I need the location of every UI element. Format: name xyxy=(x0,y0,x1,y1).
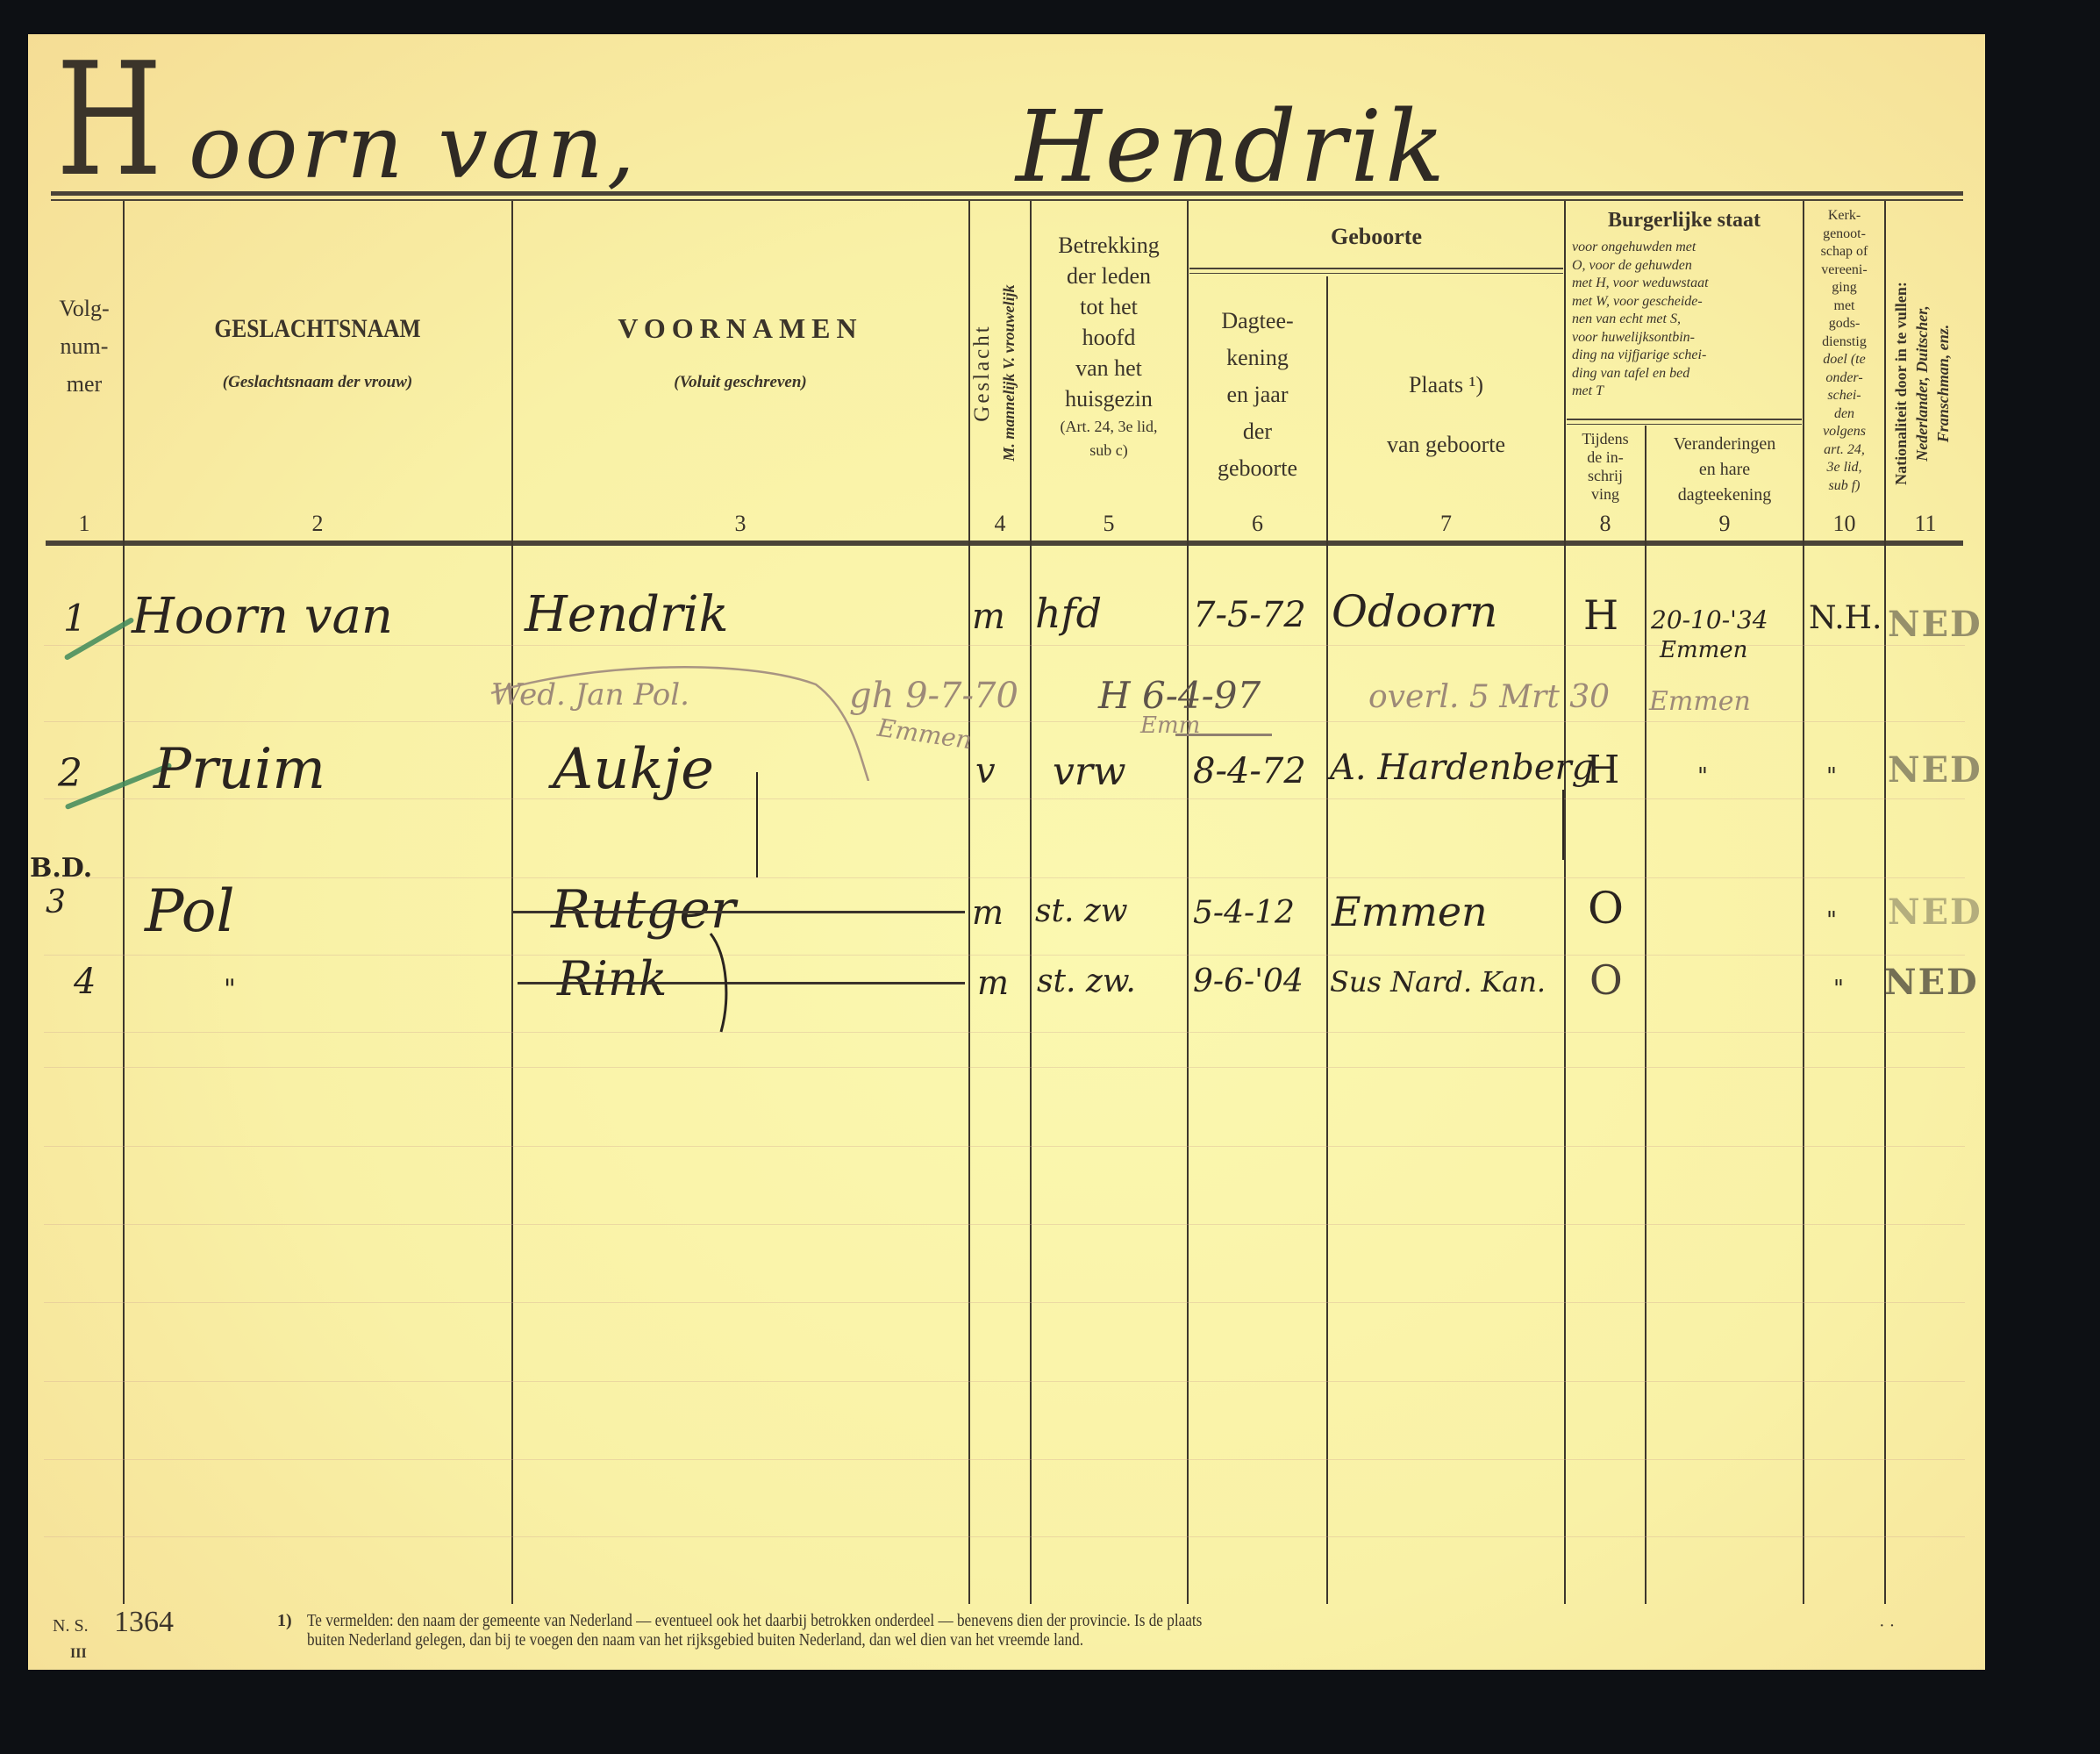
header-geslachtsnaam-subtitle: (Geslachtsnaam der vrouw) xyxy=(125,373,511,392)
geboorte-rule xyxy=(1189,268,1563,269)
header-betrekking: Betrekking der leden tot het hoofd van h… xyxy=(1032,230,1186,461)
footnote-line: buiten Nederland gelegen, dan bij te voe… xyxy=(307,1630,1202,1650)
ruling-line xyxy=(44,1459,1965,1460)
pencil-underline xyxy=(1175,734,1272,736)
row1-betrekking: hfd xyxy=(1035,590,1102,637)
row3-betrekking: st. zw xyxy=(1035,893,1128,929)
ruling-line xyxy=(44,721,1965,722)
row2-geboorteplaats: A. Hardenberg xyxy=(1330,748,1594,788)
header-line: den xyxy=(1804,405,1884,424)
row4-betrekking: st. zw. xyxy=(1037,963,1136,999)
header-line: volgens xyxy=(1804,423,1884,441)
row3-strikethrough xyxy=(513,911,965,913)
pencil-overl-plaats: Emmen xyxy=(1649,686,1751,717)
row3-kerkgenootschap-ditto: " xyxy=(1826,907,1837,934)
header-line: Nationaliteit door in te vullen: xyxy=(1890,239,1911,528)
row2-kerkgenootschap-ditto: " xyxy=(1826,763,1837,790)
ruling-line xyxy=(44,955,1965,956)
header-line: schei- xyxy=(1804,387,1884,405)
header-dagteekening: Dagtee- kening en jaar der geboorte xyxy=(1189,303,1326,487)
title-given-name: Hendrik xyxy=(1016,98,1448,197)
aukje-descender-stroke xyxy=(756,772,758,877)
row3-geboorteplaats: Emmen xyxy=(1332,888,1488,935)
header-tijdens-inschrijving: Tijdens de in- schrij ving xyxy=(1566,430,1645,504)
pencil-huwelijk: H 6-4-97 xyxy=(1098,674,1261,717)
header-line: 3e lid, xyxy=(1804,459,1884,477)
row1-geslacht: m xyxy=(972,597,1005,637)
column-number: 2 xyxy=(125,511,511,537)
header-line: Franschman, enz. xyxy=(1932,239,1954,528)
row2-nationaliteit-stamp: NED xyxy=(1888,749,1982,791)
header-line: hoofd xyxy=(1032,322,1186,353)
header-line: mer xyxy=(46,365,123,403)
description-line: voor ongehuwden met xyxy=(1572,239,1798,257)
row2-geboortedatum: 8-4-72 xyxy=(1193,751,1306,791)
header-line: van het xyxy=(1032,353,1186,383)
row3-nationaliteit-stamp: NED xyxy=(1888,891,1982,933)
header-line: de in- xyxy=(1566,448,1645,467)
row2-volgnummer: 2 xyxy=(58,751,82,796)
footnote: Te vermelden: den naam der gemeente van … xyxy=(307,1611,1202,1650)
header-line: Nederlander, Duitscher, xyxy=(1911,239,1932,528)
header-geslacht-title: Geslacht xyxy=(969,250,996,496)
row1-geboortedatum: 7-5-72 xyxy=(1193,595,1306,635)
header-line: kening xyxy=(1189,340,1326,376)
row1-geslachtsnaam: Hoorn van xyxy=(132,588,393,645)
ruling-line xyxy=(44,1381,1965,1382)
column-number: 5 xyxy=(1032,511,1186,537)
col-divider-8 xyxy=(1645,426,1646,1604)
row4-geslachtsnaam-ditto: " xyxy=(224,974,236,1005)
header-line: ging xyxy=(1804,279,1884,297)
description-line: voor huwelijksontbin- xyxy=(1572,329,1798,347)
row3-geboortedatum: 5-4-12 xyxy=(1193,895,1295,931)
form-series: III xyxy=(70,1646,87,1662)
col-divider-10 xyxy=(1884,201,1886,1604)
pencil-overl: overl. 5 Mrt 30 xyxy=(1368,679,1610,715)
header-line: tot het xyxy=(1032,291,1186,322)
row2-betrekking: vrw xyxy=(1053,749,1126,794)
burgerlijke-staat-rule-thin xyxy=(1567,424,1802,425)
column-number: 6 xyxy=(1189,511,1326,537)
header-line: genoot- xyxy=(1804,226,1884,244)
header-geslacht-subtitle: M. mannelijk V. vrouwelijk xyxy=(996,250,1022,496)
column-number: 11 xyxy=(1886,511,1965,537)
description-line: met T xyxy=(1572,383,1798,401)
header-nationaliteit: Nationaliteit door in te vullen: Nederla… xyxy=(1890,239,1969,528)
row3-volgnummer-prefix: B.D. xyxy=(30,853,92,884)
header-line: der xyxy=(1189,413,1326,450)
description-line: met W, voor gescheide- xyxy=(1572,293,1798,311)
burgerlijke-staat-rule xyxy=(1567,419,1802,420)
header-note: (Art. 24, 3e lid, xyxy=(1032,414,1186,440)
header-volgnummer: Volg- num- mer xyxy=(46,290,123,403)
header-line: doel (te xyxy=(1804,351,1884,369)
hardenberg-descender-stroke xyxy=(1562,790,1564,860)
col-divider-1 xyxy=(123,201,125,1604)
header-veranderingen: Veranderingen en hare dagteekening xyxy=(1646,432,1803,508)
column-number: 9 xyxy=(1646,511,1803,537)
header-line: dienstig xyxy=(1804,333,1884,352)
description-line: O, voor de gehuwden xyxy=(1572,257,1798,276)
column-number: 4 xyxy=(970,511,1030,537)
header-line: Tijdens xyxy=(1566,430,1645,448)
header-voornamen: VOORNAMEN xyxy=(513,312,968,345)
row2-geslachtsnaam: Pruim xyxy=(154,737,325,802)
description-line: ding na vijfjarige schei- xyxy=(1572,347,1798,365)
row4-geslacht: m xyxy=(977,963,1009,1002)
row1-voornamen: Hendrik xyxy=(525,586,729,643)
header-line: met xyxy=(1804,297,1884,316)
header-line: der leden xyxy=(1032,261,1186,291)
row4-geboorteplaats: Sus Nard. Kan. xyxy=(1330,965,1546,999)
row1-veranderingen: 20-10-'34 xyxy=(1651,605,1768,634)
row4-voornamen-struck: Rink xyxy=(557,951,667,1006)
row2-veranderingen-ditto: " xyxy=(1697,763,1708,790)
top-rule-thin xyxy=(51,199,1963,201)
row1-kerkgenootschap: N.H. xyxy=(1809,600,1882,636)
ruling-line xyxy=(44,877,1965,878)
header-group-geboorte: Geboorte xyxy=(1189,224,1564,250)
header-line: Dagtee- xyxy=(1189,303,1326,340)
header-line: Kerk- xyxy=(1804,207,1884,226)
header-line: num- xyxy=(46,327,123,365)
row4-staat: O xyxy=(1589,956,1623,1004)
header-line: huisgezin xyxy=(1032,383,1186,414)
row3-geslacht: m xyxy=(972,893,1004,932)
row4-strikethrough xyxy=(518,982,965,984)
header-voornamen-subtitle: (Voluit geschreven) xyxy=(513,373,968,392)
col-divider-6 xyxy=(1326,276,1328,1604)
footer-dots: · · xyxy=(1879,1616,1895,1636)
row4-kerkgenootschap-ditto: " xyxy=(1833,976,1844,1002)
header-line: vereeni- xyxy=(1804,261,1884,280)
col-divider-7 xyxy=(1564,201,1566,1604)
bracket-mark xyxy=(702,930,737,1035)
row3-geslachtsnaam: Pol xyxy=(145,877,235,945)
row1-veranderingen-plaats: Emmen xyxy=(1660,637,1747,663)
header-line: sub f) xyxy=(1804,477,1884,496)
header-line: Betrekking xyxy=(1032,230,1186,261)
header-line: geboorte xyxy=(1189,450,1326,487)
header-line: Plaats ¹) xyxy=(1328,355,1564,415)
title-surname: oorn van, xyxy=(189,104,639,191)
ruling-line xyxy=(44,798,1965,799)
description-line: nen van echt met S, xyxy=(1572,311,1798,329)
row4-nationaliteit-stamp: NED xyxy=(1884,962,1979,1003)
column-number: 8 xyxy=(1566,511,1645,537)
header-line: schrij xyxy=(1566,467,1645,485)
pencil-geb: gh 9-7-70 xyxy=(849,676,1018,716)
header-line: ving xyxy=(1566,485,1645,504)
column-number: 3 xyxy=(513,511,968,537)
header-line: Veranderingen xyxy=(1646,432,1803,457)
footnote-marker: 1) xyxy=(277,1611,292,1631)
header-geslachtsnaam: GESLACHTSNAAM xyxy=(154,314,482,344)
column-number: 1 xyxy=(46,511,123,537)
row4-geboortedatum: 9-6-'04 xyxy=(1193,963,1304,999)
header-line: en hare xyxy=(1646,457,1803,483)
row2-geslacht: v xyxy=(975,751,996,791)
row1-geboorteplaats: Odoorn xyxy=(1332,586,1497,637)
header-geslacht: Geslacht M. mannelijk V. vrouwelijk xyxy=(969,250,1031,496)
header-line: art. 24, xyxy=(1804,441,1884,460)
header-line: en jaar xyxy=(1189,376,1326,413)
geboorte-rule-thin xyxy=(1189,273,1563,274)
description-line: met H, voor weduwstaat xyxy=(1572,275,1798,293)
description-line: ding van tafel en bed xyxy=(1572,365,1798,383)
row4-volgnummer: 4 xyxy=(74,962,96,1002)
row1-nationaliteit-stamp: NED xyxy=(1888,604,1982,645)
column-number: 7 xyxy=(1328,511,1564,537)
row3-staat: O xyxy=(1588,883,1624,934)
header-line: gods- xyxy=(1804,315,1884,333)
ruling-line xyxy=(44,1224,1965,1225)
row3-volgnummer: 3 xyxy=(46,884,66,920)
top-rule xyxy=(51,191,1963,196)
col-divider-2 xyxy=(511,201,513,1604)
row2-staat: H xyxy=(1586,748,1619,792)
header-line: Volg- xyxy=(46,290,123,327)
form-number: 1364 xyxy=(114,1606,174,1639)
header-burgerlijke-staat-description: voor ongehuwden met O, voor de gehuwden … xyxy=(1572,239,1798,401)
pencil-wed: Wed. Jan Pol. xyxy=(491,677,689,712)
header-note: sub c) xyxy=(1032,440,1186,461)
ruling-line xyxy=(44,1067,1965,1068)
row1-staat: H xyxy=(1583,591,1618,639)
header-group-burgerlijke-staat: Burgerlijke staat xyxy=(1566,209,1803,233)
title-initial: H xyxy=(56,42,162,198)
form-code: N. S. xyxy=(53,1616,89,1636)
header-line: van geboorte xyxy=(1328,415,1564,475)
ruling-line xyxy=(44,1536,1965,1537)
header-plaats: Plaats ¹) van geboorte xyxy=(1328,355,1564,475)
header-line: schap of xyxy=(1804,243,1884,261)
ruling-line xyxy=(44,1146,1965,1147)
header-line: onder- xyxy=(1804,369,1884,388)
header-bottom-rule xyxy=(46,541,1963,546)
ruling-line xyxy=(44,1302,1965,1303)
row1-volgnummer: 1 xyxy=(63,597,87,640)
header-line: dagteekening xyxy=(1646,483,1803,508)
header-kerkgenootschap: Kerk- genoot- schap of vereeni- ging met… xyxy=(1804,207,1884,495)
ruling-line xyxy=(44,1032,1965,1033)
footnote-line: Te vermelden: den naam der gemeente van … xyxy=(307,1611,1202,1630)
row2-voornamen: Aukje xyxy=(553,737,714,802)
column-number: 10 xyxy=(1804,511,1884,537)
